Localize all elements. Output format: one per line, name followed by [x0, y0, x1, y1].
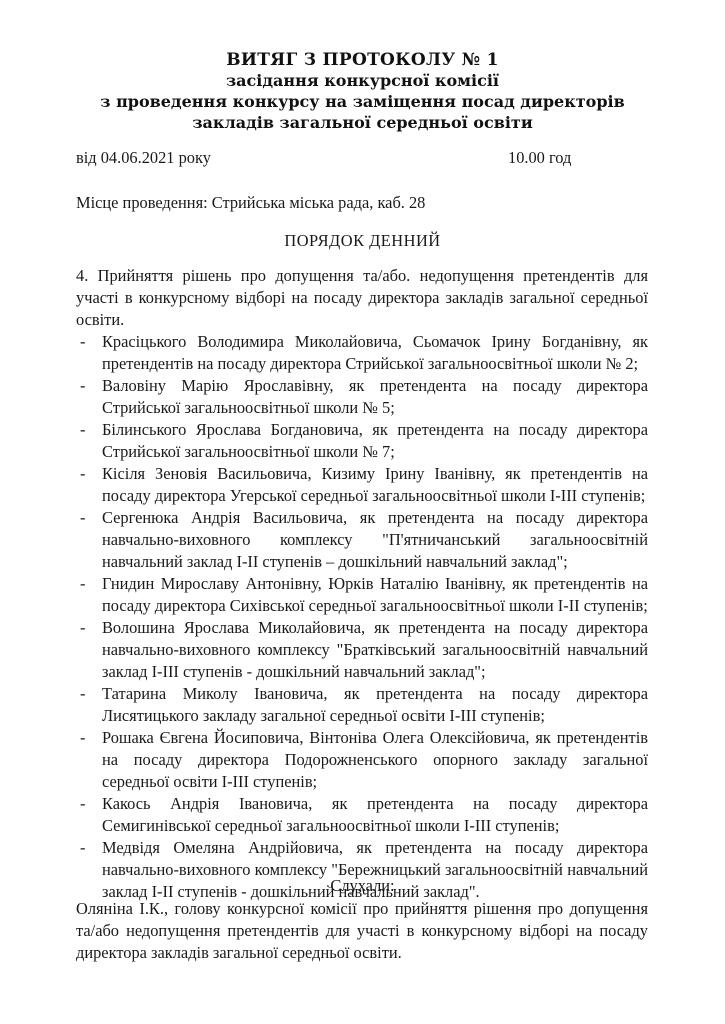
meeting-time: 10.00 год [508, 148, 571, 168]
list-item: -Рошака Євгена Йосиповича, Вінтоніва Оле… [76, 727, 648, 793]
candidate-list: -Красіцького Володимира Миколайовича, Сь… [76, 331, 648, 903]
candidate-text: Какось Андрія Івановича, як претендента … [102, 794, 648, 835]
bullet-dash: - [80, 573, 85, 595]
agenda-item-intro: 4. Прийняття рішень про допущення та/або… [76, 265, 648, 331]
bullet-dash: - [80, 793, 85, 815]
list-item: -Білинського Ярослава Богдановича, як пр… [76, 419, 648, 463]
bullet-dash: - [80, 507, 85, 529]
list-item: -Татарина Миколу Івановича, як претенден… [76, 683, 648, 727]
bullet-dash: - [80, 683, 85, 705]
candidate-text: Сергенюка Андрія Васильовича, як претенд… [102, 508, 648, 571]
document-subtitle-line1: засідання конкурсної комісії [0, 71, 725, 90]
heard-text: Оляніна І.К., голову конкурсної комісії … [76, 898, 648, 964]
bullet-dash: - [80, 837, 85, 859]
candidate-text: Кісіля Зеновія Васильовича, Кизиму Ірину… [102, 464, 648, 505]
list-item: -Кісіля Зеновія Васильовича, Кизиму Ірин… [76, 463, 648, 507]
candidate-text: Красіцького Володимира Миколайовича, Сьо… [102, 332, 648, 373]
candidate-text: Татарина Миколу Івановича, як претендент… [102, 684, 648, 725]
list-item: -Красіцького Володимира Миколайовича, Сь… [76, 331, 648, 375]
document-subtitle-line2: з проведення конкурсу на заміщення посад… [0, 92, 725, 111]
document-page: ВИТЯГ З ПРОТОКОЛУ № 1 засідання конкурсн… [0, 0, 725, 1024]
document-subtitle-line3: закладів загальної середньої освіти [0, 113, 725, 132]
candidate-text: Волошина Ярослава Миколайовича, як прете… [102, 618, 648, 681]
candidate-text: Валовіну Марію Ярославівну, як претенден… [102, 376, 648, 417]
bullet-dash: - [80, 375, 85, 397]
list-item: -Какось Андрія Івановича, як претендента… [76, 793, 648, 837]
list-item: -Сергенюка Андрія Васильовича, як претен… [76, 507, 648, 573]
heard-heading: Слухали: [0, 876, 725, 896]
bullet-dash: - [80, 419, 85, 441]
list-item: -Валовіну Марію Ярославівну, як претенде… [76, 375, 648, 419]
agenda-heading: ПОРЯДОК ДЕННИЙ [0, 231, 725, 251]
candidate-text: Гнидин Мирославу Антонівну, Юрків Наталі… [102, 574, 648, 615]
list-item: -Волошина Ярослава Миколайовича, як прет… [76, 617, 648, 683]
list-item: -Гнидин Мирославу Антонівну, Юрків Натал… [76, 573, 648, 617]
document-title: ВИТЯГ З ПРОТОКОЛУ № 1 [0, 50, 725, 70]
bullet-dash: - [80, 727, 85, 749]
bullet-dash: - [80, 331, 85, 353]
bullet-dash: - [80, 463, 85, 485]
bullet-dash: - [80, 617, 85, 639]
candidate-text: Рошака Євгена Йосиповича, Вінтоніва Олег… [102, 728, 648, 791]
meeting-date: від 04.06.2021 року [76, 148, 211, 168]
meeting-venue: Місце проведення: Стрийська міська рада,… [76, 193, 425, 213]
candidate-text: Білинського Ярослава Богдановича, як пре… [102, 420, 648, 461]
